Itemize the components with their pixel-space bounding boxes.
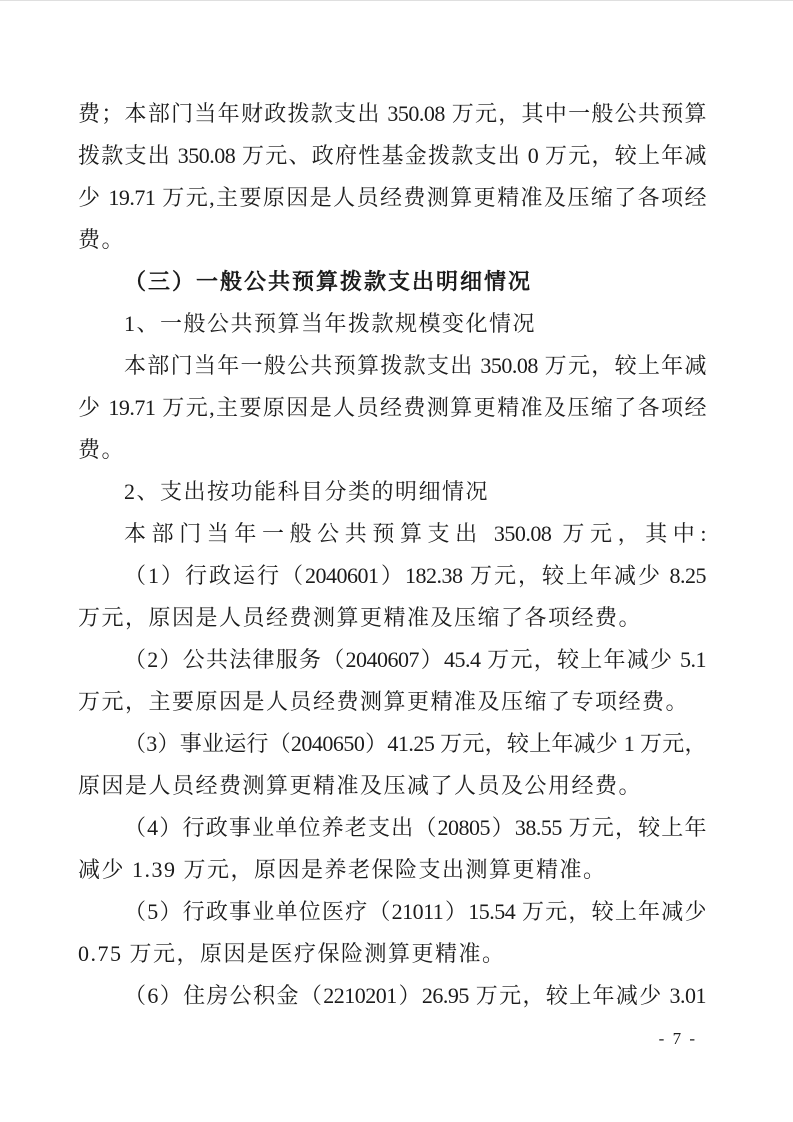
text-line: 原因是人员经费测算更精准及压减了人员及公用经费。 xyxy=(78,765,706,807)
text-line: 减少 1.39 万元，原因是养老保险支出测算更精准。 xyxy=(78,849,706,891)
expense-item-6: （6）住房公积金（2210201）26.95 万元，较上年减少 3.01 xyxy=(78,975,706,1017)
text-line: 少 19.71 万元,主要原因是人员经费测算更精准及压缩了各项经 xyxy=(78,177,706,219)
subsection-heading-2: 2、支出按功能科目分类的明细情况 xyxy=(78,471,706,513)
expense-item-3: （3）事业运行（2040650）41.25 万元，较上年减少 1 万元，原因是人… xyxy=(78,723,706,807)
text-line: （三）一般公共预算拨款支出明细情况 xyxy=(78,261,706,303)
text-line: 2、支出按功能科目分类的明细情况 xyxy=(78,471,706,513)
intro-paragraph: 本部门当年一般公共预算支出 350.08 万元，其中: xyxy=(78,513,706,555)
text-line: 万元，原因是人员经费测算更精准及压缩了各项经费。 xyxy=(78,597,706,639)
text-line: 费。 xyxy=(78,429,706,471)
text-line: （6）住房公积金（2210201）26.95 万元，较上年减少 3.01 xyxy=(78,975,706,1017)
expense-item-4: （4）行政事业单位养老支出（20805）38.55 万元，较上年减少 1.39 … xyxy=(78,807,706,891)
text-line: 1、一般公共预算当年拨款规模变化情况 xyxy=(78,303,706,345)
budget-scale-paragraph: 本部门当年一般公共预算拨款支出 350.08 万元，较上年减少 19.71 万元… xyxy=(78,345,706,471)
continuation-paragraph: 费；本部门当年财政拨款支出 350.08 万元，其中一般公共预算拨款支出 350… xyxy=(78,93,706,261)
text-line: （1）行政运行（2040601）182.38 万元，较上年减少 8.25 xyxy=(78,555,706,597)
text-line: 少 19.71 万元,主要原因是人员经费测算更精准及压缩了各项经 xyxy=(78,387,706,429)
text-line: 费。 xyxy=(78,219,706,261)
subsection-heading-1: 1、一般公共预算当年拨款规模变化情况 xyxy=(78,303,706,345)
scan-edge-artifact xyxy=(0,0,793,1)
text-line: （2）公共法律服务（2040607）45.4 万元，较上年减少 5.1 xyxy=(78,639,706,681)
expense-item-5: （5）行政事业单位医疗（21011）15.54 万元，较上年减少0.75 万元，… xyxy=(78,891,706,975)
text-line: 本部门当年一般公共预算拨款支出 350.08 万元，较上年减 xyxy=(78,345,706,387)
text-line: （5）行政事业单位医疗（21011）15.54 万元，较上年减少 xyxy=(78,891,706,933)
expense-item-1: （1）行政运行（2040601）182.38 万元，较上年减少 8.25万元，原… xyxy=(78,555,706,639)
text-line: 费；本部门当年财政拨款支出 350.08 万元，其中一般公共预算 xyxy=(78,93,706,135)
text-line: 0.75 万元，原因是医疗保险测算更精准。 xyxy=(78,933,706,975)
text-line: 拨款支出 350.08 万元、政府性基金拨款支出 0 万元，较上年减 xyxy=(78,135,706,177)
expense-item-2: （2）公共法律服务（2040607）45.4 万元，较上年减少 5.1万元，主要… xyxy=(78,639,706,723)
text-line: （4）行政事业单位养老支出（20805）38.55 万元，较上年 xyxy=(78,807,706,849)
text-line: 万元，主要原因是人员经费测算更精准及压缩了专项经费。 xyxy=(78,681,706,723)
section-heading: （三）一般公共预算拨款支出明细情况 xyxy=(78,261,706,303)
document-content: 费；本部门当年财政拨款支出 350.08 万元，其中一般公共预算拨款支出 350… xyxy=(78,93,706,1017)
text-line: 本部门当年一般公共预算支出 350.08 万元，其中: xyxy=(78,513,706,555)
document-page: 费；本部门当年财政拨款支出 350.08 万元，其中一般公共预算拨款支出 350… xyxy=(0,0,793,1122)
page-number: - 7 - xyxy=(659,1028,697,1050)
text-line: （3）事业运行（2040650）41.25 万元，较上年减少 1 万元， xyxy=(78,723,706,765)
